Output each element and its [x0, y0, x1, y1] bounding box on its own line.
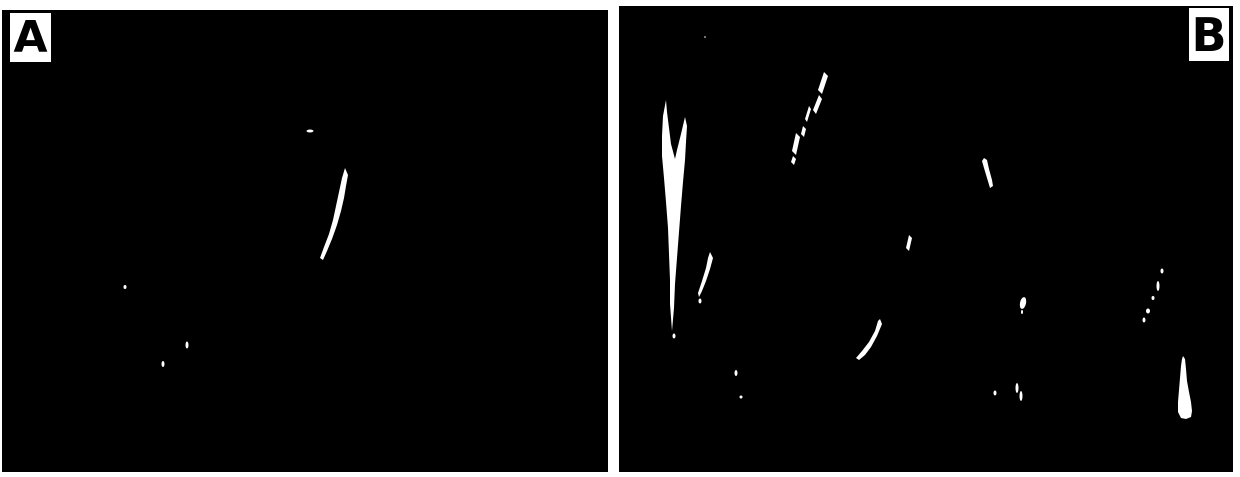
- dashed-streak-segment: [792, 133, 800, 155]
- dotted-trail-speck: [1161, 269, 1164, 274]
- forked-fluorescent-streak: [662, 100, 687, 331]
- small-dash: [906, 235, 912, 251]
- dotted-trail-speck: [1152, 296, 1155, 300]
- micrograph-panel-a: A: [2, 10, 608, 472]
- short-streak: [982, 158, 993, 188]
- small-dash: [307, 130, 314, 133]
- small-dash: [162, 361, 165, 367]
- small-dash: [1016, 383, 1019, 393]
- streak-fragment: [673, 334, 676, 339]
- dotted-trail-speck: [1146, 309, 1150, 314]
- panel-label-b: B: [1189, 8, 1229, 61]
- micrograph-panel-b: B: [619, 6, 1233, 472]
- small-dash: [186, 342, 189, 349]
- panel-label-a: A: [10, 13, 51, 62]
- dashed-streak-segment: [801, 126, 806, 137]
- dashed-streak-segment: [813, 95, 822, 114]
- dotted-trail-dash: [1157, 281, 1160, 291]
- dashed-streak-segment: [791, 156, 796, 165]
- teardrop-speck: [1019, 297, 1027, 310]
- speck: [994, 391, 997, 396]
- thin-streak: [698, 252, 713, 297]
- speck: [699, 299, 702, 304]
- main-fluorescent-streak: [320, 168, 348, 260]
- dashed-streak-segment: [818, 72, 828, 94]
- curved-streak: [856, 319, 882, 360]
- small-dash: [1020, 391, 1023, 401]
- micrograph-figure: A B: [0, 0, 1240, 477]
- club-shaped-streak: [1178, 356, 1192, 419]
- fluorescent-structures-a: [2, 10, 608, 472]
- speck: [1021, 310, 1023, 314]
- faint-speck: [704, 36, 706, 38]
- dashed-streak-segment: [805, 106, 811, 122]
- small-dash: [735, 370, 738, 376]
- fluorescent-structures-b: [619, 6, 1233, 472]
- speck: [124, 285, 127, 289]
- dotted-trail-speck: [1143, 318, 1146, 323]
- speck: [740, 396, 743, 399]
